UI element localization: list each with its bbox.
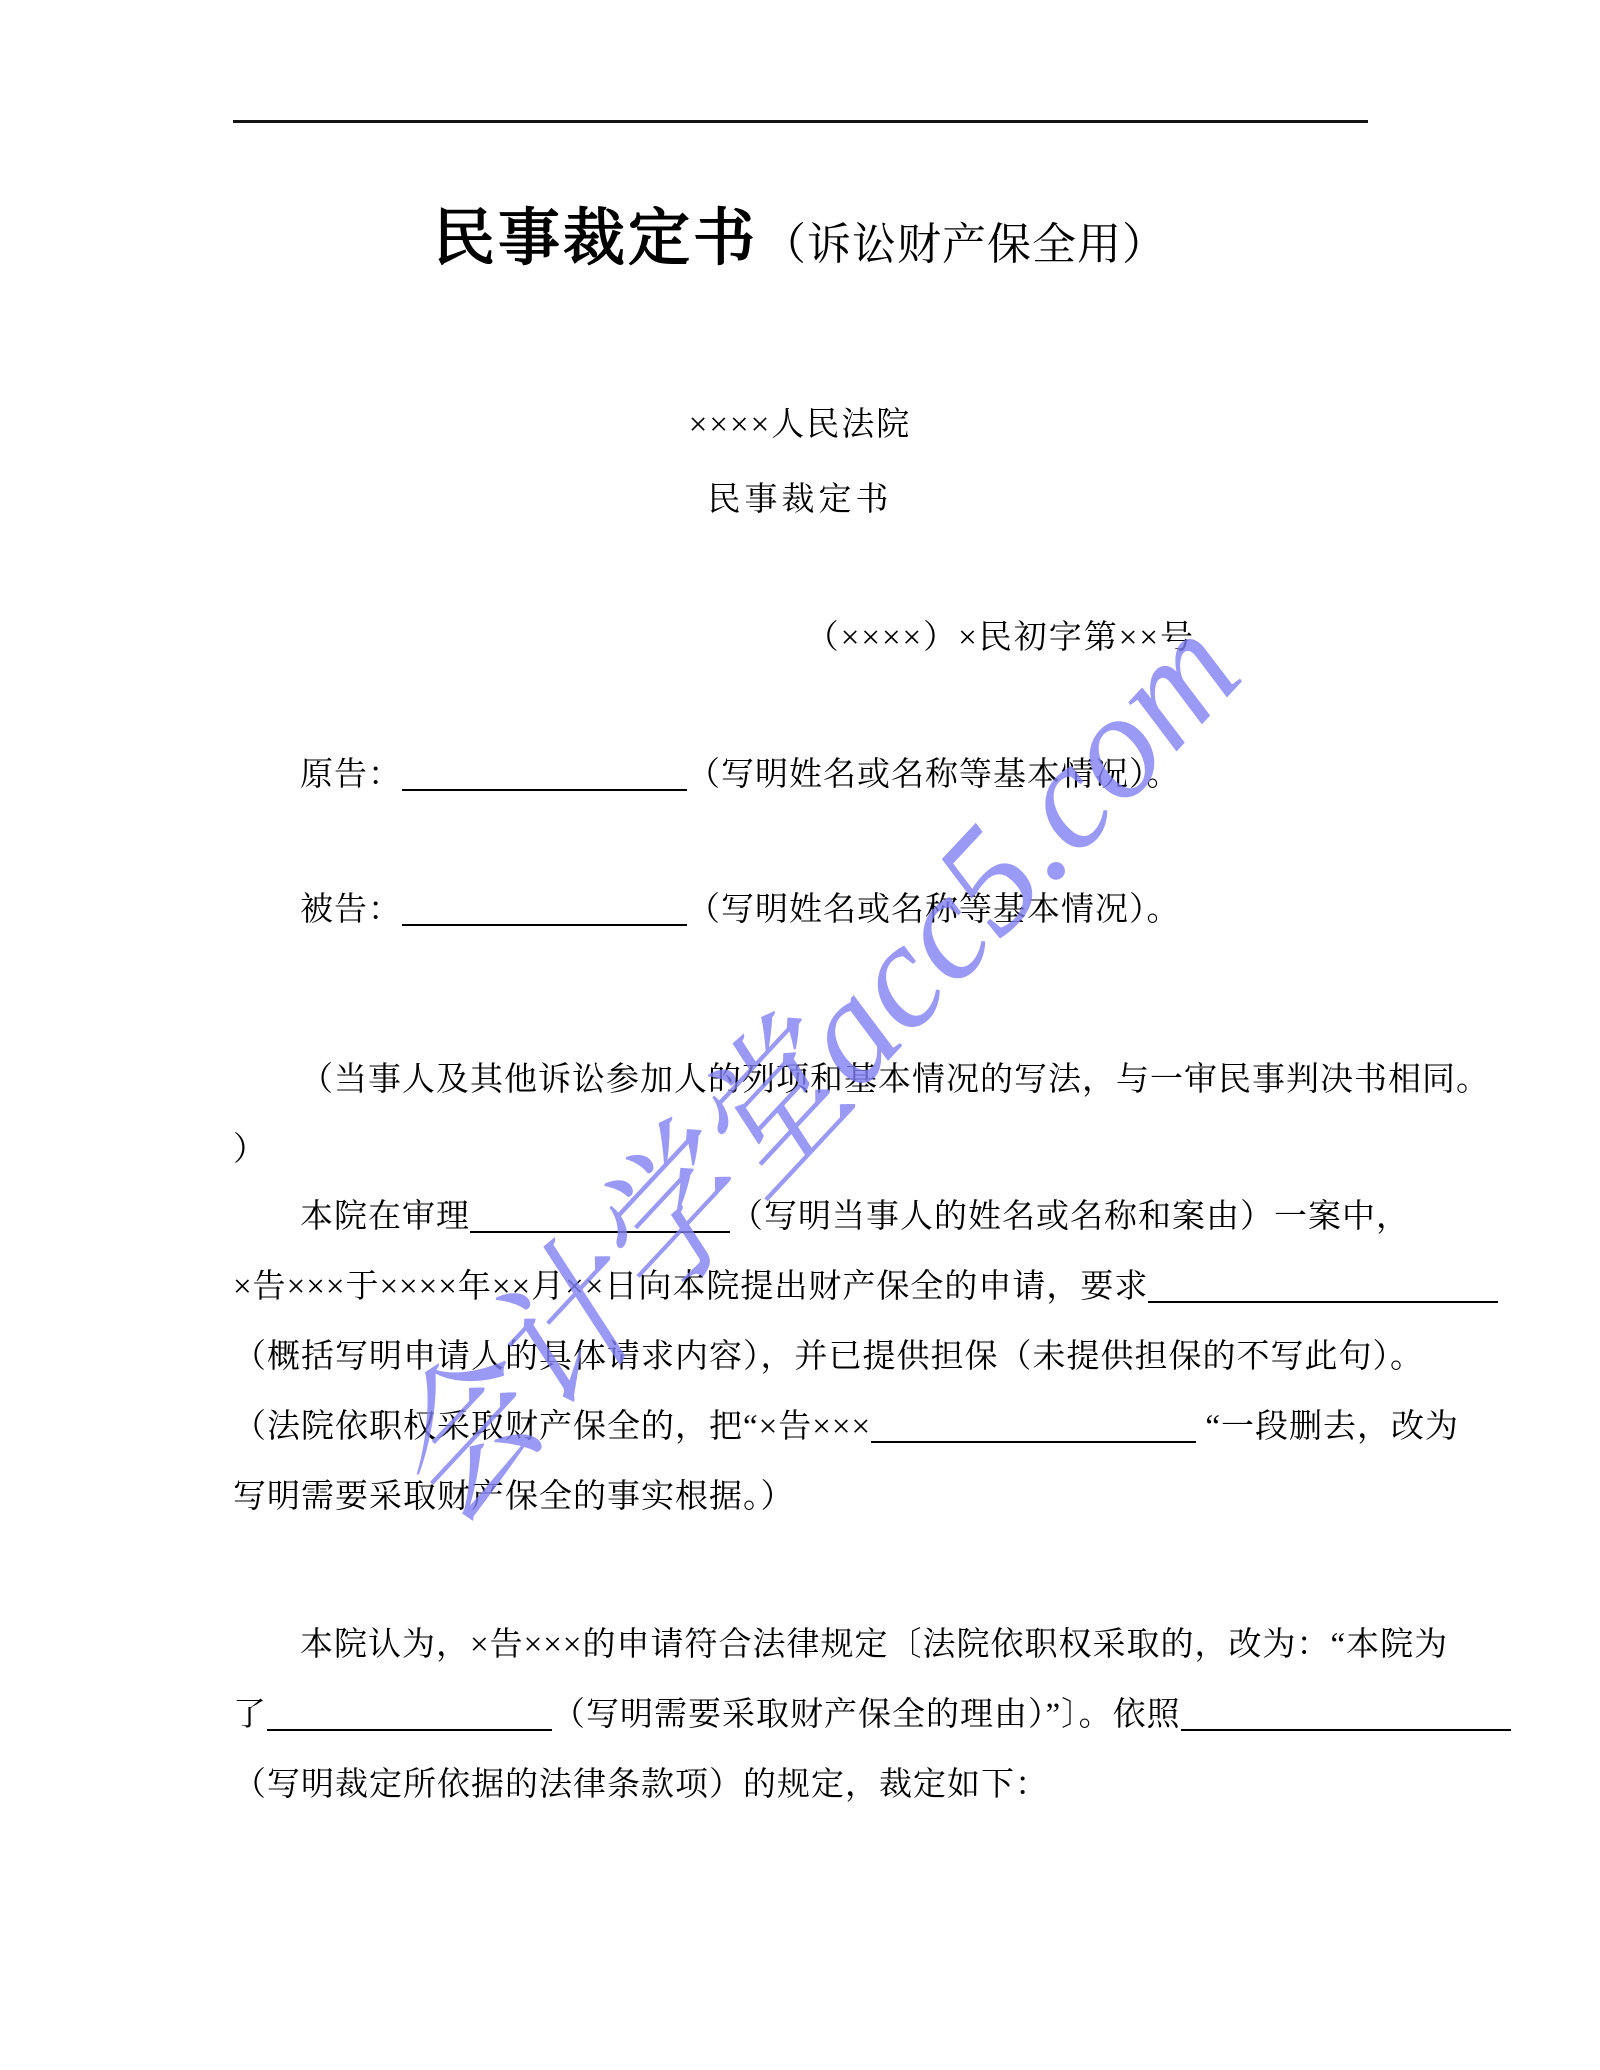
text-segment: ×告×××于××××年××月××日向本院提出财产保全的申请，要求 [233,1269,1148,1305]
court-opinion-section: 本院认为，×告×××的申请符合法律规定〔法院依职权采取的，改为：“本院为了（写明… [233,1610,1403,1820]
text-segment: 被告： [300,892,402,928]
plaintiff-section: 原告：（写明姓名或名称等基本情况）。 [233,740,1403,810]
blank-underline [871,1417,1196,1443]
document-title: 民事裁定书 （诉讼财产保全用） [0,188,1600,277]
text-line: （概括写明申请人的具体请求内容），并已提供担保（未提供担保的不写此句）。 [233,1322,1403,1392]
title-main: 民事裁定书 [433,204,758,273]
text-line: 原告：（写明姓名或名称等基本情况）。 [233,740,1403,810]
blank-underline [267,1705,552,1731]
text-segment: “一段删去，改为 [1196,1409,1459,1445]
text-segment: ） [233,1132,267,1168]
text-segment: 了 [233,1697,267,1733]
text-line: 被告：（写明姓名或名称等基本情况）。 [233,875,1403,945]
text-segment: （写明当事人的姓名或名称和案由）一案中， [730,1199,1410,1235]
document-page: 会计学堂acc5.com 民事裁定书 （诉讼财产保全用） ××××人民法院 民事… [0,0,1600,2070]
blank-underline [402,900,687,926]
text-line: （法院依职权采取财产保全的，把“×告××× “一段删去，改为 [233,1392,1403,1462]
text-line: （写明裁定所依据的法律条款项）的规定，裁定如下： [233,1750,1403,1820]
court-name: ××××人民法院 [0,390,1600,460]
header-rule [233,120,1368,123]
text-segment: 原告： [300,757,402,793]
case-number: （××××）×民初字第××号 [0,603,1600,673]
blank-underline [470,1207,730,1233]
blank-underline [402,765,687,791]
text-line: ） [233,1115,1403,1185]
text-line: ×告×××于××××年××月××日向本院提出财产保全的申请，要求 [233,1252,1403,1322]
title-sub: （诉讼财产保全用） [762,220,1167,269]
text-segment: （写明需要采取财产保全的理由）”〕。依照 [552,1697,1181,1733]
text-segment: 本院在审理 [300,1199,470,1235]
parties-note-section: （当事人及其他诉讼参加人的列项和基本情况的写法，与一审民事判决书相同。） [233,1045,1403,1185]
text-segment: 本院认为，×告×××的申请符合法律规定〔法院依职权采取的，改为：“本院为 [300,1627,1448,1663]
blank-underline [1181,1705,1511,1731]
text-segment: （法院依职权采取财产保全的，把“×告××× [233,1409,871,1445]
text-line: 本院在审理（写明当事人的姓名或名称和案由）一案中， [233,1182,1403,1252]
text-segment: （当事人及其他诉讼参加人的列项和基本情况的写法，与一审民事判决书相同。 [300,1062,1490,1098]
text-segment: （写明裁定所依据的法律条款项）的规定，裁定如下： [233,1767,1049,1803]
text-line: 本院认为，×告×××的申请符合法律规定〔法院依职权采取的，改为：“本院为 [233,1610,1403,1680]
text-segment: （概括写明申请人的具体请求内容），并已提供担保（未提供担保的不写此句）。 [233,1339,1424,1375]
text-segment: 写明需要采取财产保全的事实根据。） [233,1479,795,1515]
defendant-section: 被告：（写明姓名或名称等基本情况）。 [233,875,1403,945]
text-line: （当事人及其他诉讼参加人的列项和基本情况的写法，与一审民事判决书相同。 [233,1045,1403,1115]
blank-underline [1148,1277,1498,1303]
text-segment: （写明姓名或名称等基本情况）。 [687,757,1181,793]
text-line: 了（写明需要采取财产保全的理由）”〕。依照 [233,1680,1403,1750]
text-segment: （写明姓名或名称等基本情况）。 [687,892,1181,928]
case-review-section: 本院在审理（写明当事人的姓名或名称和案由）一案中，×告×××于××××年××月×… [233,1182,1403,1532]
doc-type-heading: 民事裁定书 [0,465,1600,535]
text-line: 写明需要采取财产保全的事实根据。） [233,1462,1403,1532]
